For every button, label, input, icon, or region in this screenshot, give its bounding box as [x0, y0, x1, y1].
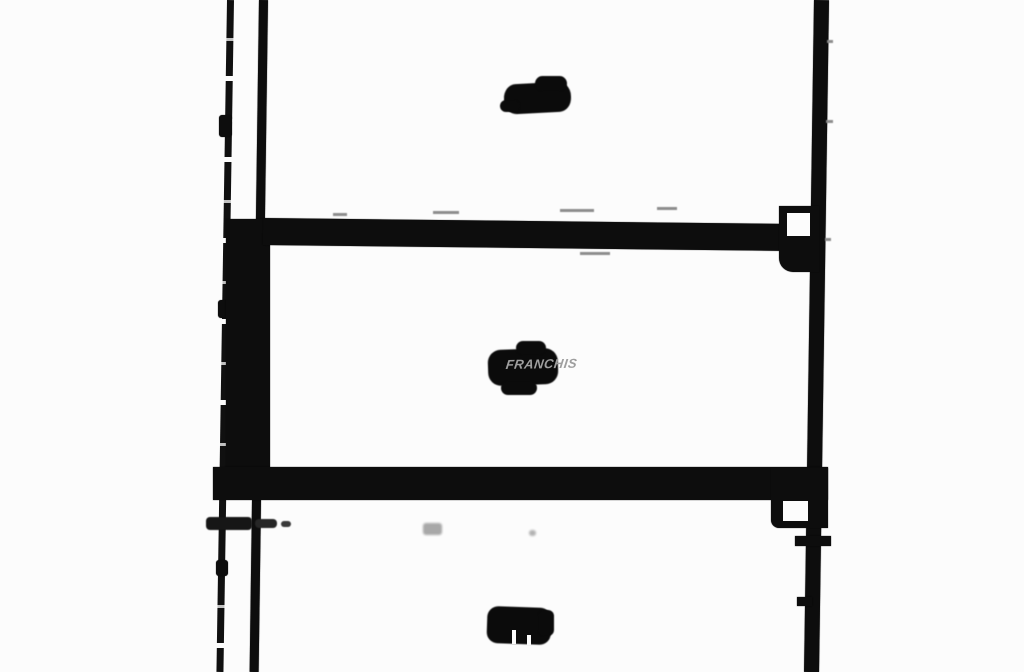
scan-speck [333, 213, 347, 216]
scan-speck [560, 209, 594, 212]
left-wall-ink-blot [216, 560, 228, 576]
scan-speck [433, 211, 459, 214]
scan-speck [826, 120, 833, 123]
lower-horizontal-wall [213, 467, 828, 500]
right-wall-line [804, 0, 829, 672]
scan-speck [827, 40, 833, 43]
scan-speck [580, 252, 610, 255]
watermark-text: FRANCHIS [505, 355, 617, 372]
scan-smear [281, 521, 291, 527]
dimension-blob-gap [512, 630, 516, 644]
scan-smear [255, 519, 277, 528]
scan-speck [657, 207, 677, 210]
floor-plan-scan: FRANCHIS [0, 0, 1024, 672]
left-thick-wall [226, 219, 270, 491]
dimension-blob-middle [501, 381, 537, 395]
left-wall-ink-blot [219, 115, 232, 137]
window-opening-upper [787, 213, 810, 236]
dimension-blob-top [535, 76, 567, 91]
dimension-blob-gap [527, 635, 531, 645]
window-opening-lower [783, 501, 808, 521]
upper-horizontal-wall [263, 218, 782, 251]
dimension-blob-top [500, 100, 520, 112]
dimension-blob-middle [516, 341, 546, 355]
dimension-blob-bottom [538, 610, 554, 636]
wall-tick-mark-small [797, 597, 812, 606]
faint-scan-mark [423, 523, 442, 535]
scan-speck [825, 238, 831, 241]
scan-smear [206, 517, 252, 530]
faint-scan-mark [529, 530, 536, 536]
wall-tick-mark [795, 536, 831, 546]
